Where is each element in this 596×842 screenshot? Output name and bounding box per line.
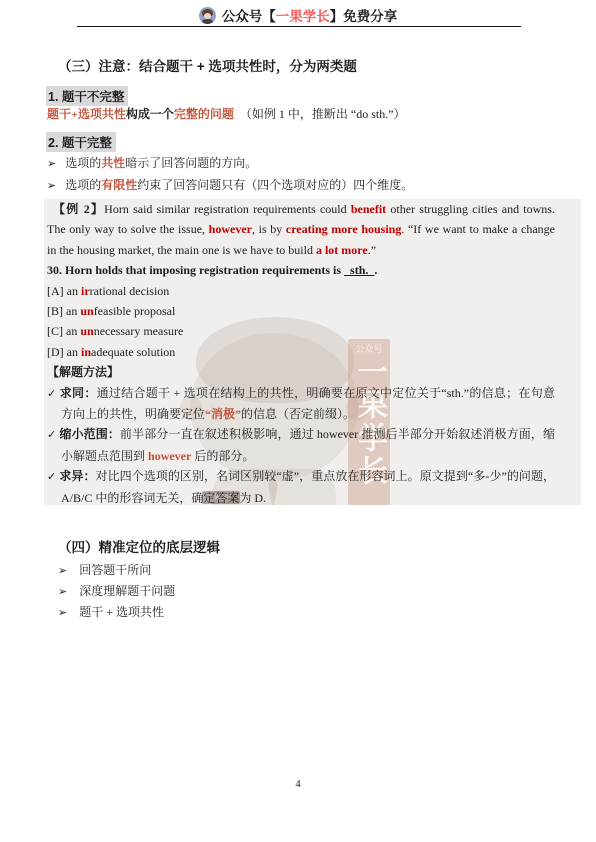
b1-pre: 选项的 — [65, 156, 101, 170]
header-suffix: 】免费分享 — [330, 9, 398, 24]
option-rest: feasible proposal — [94, 304, 176, 318]
method-step-similarity: ✓ 求同：通过结合题干 + 选项在结构上的共性，明确要在原文中定位关于“sth.… — [47, 383, 555, 425]
subheading-complete-stem: 2. 题干完整 — [46, 132, 116, 152]
subheading-incomplete-stem: 1. 题干不完整 — [46, 86, 128, 106]
option-c: [C] an unnecessary measure — [47, 321, 555, 341]
header-prefix: 公众号【 — [222, 9, 276, 24]
check-icon: ✓ — [47, 387, 57, 400]
passage-seg: Horn said similar registration requireme… — [104, 202, 351, 216]
option-d: [D] an inadequate solution — [47, 342, 555, 362]
header-title: 公众号【一果学长】免费分享 — [222, 5, 398, 25]
document-page: 公众号【一果学长】免费分享 （三）注意：结合题干 + 选项共性时，分为两类题 1… — [0, 0, 596, 842]
complete-bullet-1: ➢ 选项的共性暗示了回答问题的方向。 — [47, 154, 257, 171]
option-tag: [C] an — [47, 324, 80, 338]
note-em2: 完整的问题 — [174, 107, 234, 121]
bullet-text: 选项的共性暗示了回答问题的方向。 — [65, 154, 257, 171]
section4-bullet-2: ➢ 深度理解题干问题 — [58, 582, 175, 599]
step-label: 求同： — [60, 386, 97, 400]
brand-avatar-icon — [199, 7, 216, 24]
example-label: 【例 2】 — [53, 202, 104, 216]
passage-em-however: however — [209, 222, 252, 236]
option-tag: [A] an — [47, 284, 81, 298]
arrow-bullet-icon: ➢ — [58, 606, 67, 619]
question-blank: sth. — [344, 263, 374, 277]
bullet-text: 题干 + 选项共性 — [79, 603, 164, 620]
section4-heading: （四）精准定位的底层逻辑 — [58, 536, 220, 556]
step-label: 求异： — [59, 469, 95, 483]
header-divider — [77, 26, 521, 27]
option-b: [B] an unfeasible proposal — [47, 301, 555, 321]
step-label: 缩小范围： — [59, 427, 120, 441]
option-rest: adequate solution — [91, 345, 175, 359]
header-brand: 一果学长 — [276, 9, 330, 24]
step-em: “消极” — [205, 407, 241, 421]
example-2-block: 一果学长 公众号 一果学长 【例 2】Horn said similar reg… — [44, 199, 581, 505]
method-step-difference: ✓ 求异：对比四个选项的区别，名词区别较“虚”，重点放在形容词上。原文提到“多-… — [47, 466, 555, 505]
bullet-text: 回答题干所问 — [79, 561, 151, 578]
passage-seg: .” — [368, 243, 376, 257]
section4-bullet-1: ➢ 回答题干所问 — [58, 561, 151, 578]
option-a: [A] an irrational decision — [47, 281, 555, 301]
step-text: 前半部分一直在叙述积极影响，通过 however 推测后半部分开始叙述消极方面，… — [61, 427, 555, 462]
option-rest: necessary measure — [94, 324, 184, 338]
step-text: 的信息（否定前缀）。 — [241, 407, 355, 421]
bullet-text: 深度理解题干问题 — [79, 582, 175, 599]
question-stem: 30. Horn holds that imposing registratio… — [47, 263, 344, 277]
step-em-however: however — [148, 449, 191, 463]
option-prefix-em: un — [80, 304, 93, 318]
method-step-narrow-range: ✓ 缩小范围：前半部分一直在叙述积极影响，通过 however 推测后半部分开始… — [47, 424, 555, 466]
example-passage: 【例 2】Horn said similar registration requ… — [47, 199, 555, 260]
incomplete-stem-note: 题干+选项共性构成一个完整的问题 （如例 1 中，推断出 “do sth.”） — [47, 105, 406, 122]
b2-post: 约束了回答问题只有（四个选项对应的）四个维度。 — [137, 178, 413, 192]
page-number: 4 — [0, 779, 596, 790]
passage-em-a-lot-more: a lot more — [316, 243, 368, 257]
method-title: 【解题方法】 — [47, 362, 555, 382]
arrow-bullet-icon: ➢ — [47, 179, 56, 192]
b2-pre: 选项的 — [65, 178, 101, 192]
section4-bullet-3: ➢ 题干 + 选项共性 — [58, 603, 164, 620]
check-icon: ✓ — [47, 470, 56, 483]
check-icon: ✓ — [47, 428, 56, 441]
passage-em-benefit: benefit — [351, 202, 386, 216]
example-2-content: 【例 2】Horn said similar registration requ… — [44, 199, 581, 505]
note-em1: 题干+选项共性 — [47, 107, 126, 121]
option-prefix-em: un — [80, 324, 93, 338]
b1-em: 共性 — [101, 156, 125, 170]
step-text: 后的部分。 — [191, 449, 254, 463]
complete-bullet-2: ➢ 选项的有限性约束了回答问题只有（四个选项对应的）四个维度。 — [47, 176, 413, 193]
passage-em-creating-more-housing: creating more housing — [286, 222, 401, 236]
option-tag: [D] an — [47, 345, 81, 359]
b1-post: 暗示了回答问题的方向。 — [125, 156, 257, 170]
section3-heading: （三）注意：结合题干 + 选项共性时，分为两类题 — [58, 55, 357, 75]
option-tag: [B] an — [47, 304, 80, 318]
option-rest: rational decision — [90, 284, 170, 298]
arrow-bullet-icon: ➢ — [47, 157, 56, 170]
arrow-bullet-icon: ➢ — [58, 585, 67, 598]
page-header: 公众号【一果学长】免费分享 — [0, 4, 596, 26]
note-seg3: （如例 1 中，推断出 “do sth.”） — [234, 107, 406, 121]
bullet-text: 选项的有限性约束了回答问题只有（四个选项对应的）四个维度。 — [65, 176, 413, 193]
b2-em: 有限性 — [101, 178, 137, 192]
option-prefix-em: ir — [81, 284, 90, 298]
question-end: . — [374, 263, 377, 277]
passage-seg: , is by — [252, 222, 286, 236]
option-prefix-em: in — [81, 345, 91, 359]
arrow-bullet-icon: ➢ — [58, 564, 67, 577]
question-30: 30. Horn holds that imposing registratio… — [47, 260, 555, 280]
step-text: 对比四个选项的区别，名词区别较“虚”，重点放在形容词上。原文提到“多-少”的问题… — [61, 469, 555, 504]
note-seg2: 构成一个 — [126, 107, 174, 121]
